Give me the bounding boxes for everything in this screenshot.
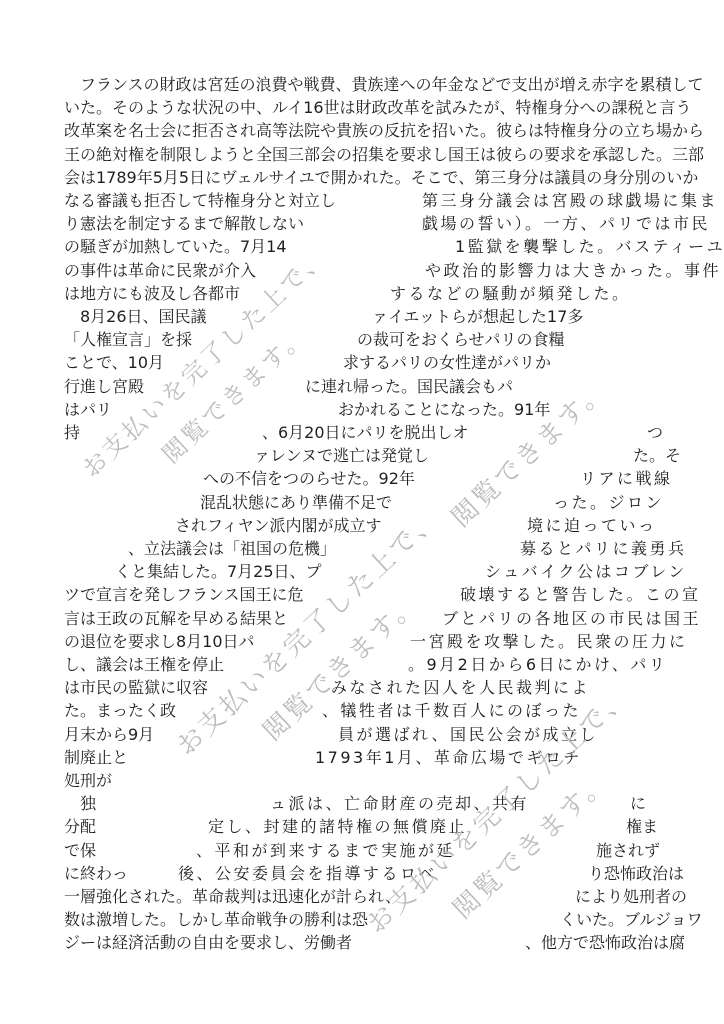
text-segment: 制廃止と — [64, 748, 128, 768]
text-segment: 戯場の誓い）。一方、パリでは市民 — [422, 214, 710, 234]
text-segment: 1監獄を襲撃した。バスティーユで — [455, 237, 724, 257]
text-segment: 施されず — [596, 841, 660, 861]
text-segment: 8月26日、国民議 — [64, 307, 207, 327]
text-segment: 定し、封建的諸特権の無償廃止 — [208, 817, 467, 837]
text-segment: ジーは経済活動の自由を要求し、労働者 — [64, 933, 352, 953]
text-segment: 独 — [64, 794, 96, 814]
text-segment: するなどの騒動が頻発した。 — [390, 284, 631, 304]
text-segment: シュバイク公はコブレン — [485, 562, 687, 582]
text-segment: 処刑が — [64, 771, 112, 791]
text-segment: みなされた囚人を人民裁判によ — [331, 678, 590, 698]
text-segment: つ — [647, 423, 663, 443]
text-segment: は市民の監獄に収容 — [64, 678, 208, 698]
text-segment: 、6月20日にパリを脱出しオ — [262, 423, 469, 443]
text-segment: の騒ぎが加熱していた。7月14 — [64, 237, 287, 257]
text-segment: 一宮殿を攻撃した。民衆の圧力に — [410, 632, 688, 652]
text-segment: くいた。ブルジョワ — [560, 910, 703, 930]
text-segment: なる審議も拒否して特権身分と対立し — [64, 191, 336, 211]
text-segment: た。そ — [633, 446, 681, 466]
text-segment: 行進し宮殿 — [64, 377, 144, 397]
text-segment: や政治的影響力は大きかった。事件 — [425, 261, 721, 281]
text-segment: は地方にも波及し各都市 — [64, 284, 240, 304]
text-segment: 月末から9月 — [64, 725, 154, 745]
text-segment: 持 — [64, 423, 80, 443]
text-segment: 、立法議会は「祖国の危機」 — [128, 539, 336, 559]
text-segment: の事件は革命に民衆が介入 — [64, 261, 256, 281]
text-segment: ツで宣言を発しフランス国王に危 — [64, 585, 304, 605]
text-segment: 1793年1月、革命広場でギロチ — [315, 748, 582, 768]
text-segment: 。9月2日から6日にかけ、パリ — [408, 655, 667, 675]
text-segment: ァレンヌで逃亡は発覚し — [254, 446, 429, 466]
text-segment: リアに戦線 — [580, 469, 673, 489]
text-segment: に連れ帰った。国民議会もパ — [305, 377, 513, 397]
text-segment: への不信をつのらせた。92年 — [203, 469, 415, 489]
text-segment: 一層強化された。革命裁判は迅速化が計られ、 — [64, 887, 401, 907]
text-segment: 権ま — [626, 817, 658, 837]
text-segment: 第三身分議会は宮殿の球戯場に集ま — [422, 191, 718, 211]
text-segment: ことで、10月 — [64, 353, 164, 373]
text-segment: の退位を要求し8月10日パ — [64, 632, 255, 652]
text-segment: 分配 — [64, 817, 96, 837]
text-segment: 言は王政の瓦解を早める結果と — [64, 609, 288, 629]
document-page: フランスの財政は宮廷の浪費や戦費、貴族達への年金などで支出が増え赤字を累積してい… — [0, 0, 724, 1024]
text-segment: おかれることになった。91年 — [338, 400, 550, 420]
text-segment: り恐怖政治は — [588, 864, 684, 884]
text-segment: により処刑者の — [575, 887, 687, 907]
text-segment: に終わっ — [64, 864, 128, 884]
text-segment: ュ派は、亡命財産の売却、共有 — [270, 794, 529, 814]
text-segment: されフィヤン派内閣が成立す — [175, 516, 382, 536]
text-segment: た。まったく政 — [64, 701, 176, 721]
text-segment: り憲法を制定するまで解散しない — [64, 214, 304, 234]
text-segment: に — [630, 794, 646, 814]
text-segment: フランスの財政は宮廷の浪費や戦費、貴族達への年金などで支出が増え赤字を累積して — [64, 75, 704, 95]
text-segment: 後、公安委員会を指導するロベ — [178, 864, 437, 884]
text-segment: 募るとパリに義勇兵 — [520, 539, 687, 559]
text-segment: はパリ — [64, 400, 112, 420]
text-segment: 会は1789年5月5日にヴェルサイユで開かれた。そこで、第三身分は議員の身分別の… — [64, 168, 698, 188]
text-segment: 員が選ばれ、国民公会が成立し — [338, 725, 598, 745]
text-segment: 境に迫っていっ — [527, 516, 657, 536]
text-segment: 求するパリの女性達がパリか — [343, 353, 551, 373]
text-segment: 、平和が到来するまで実施が延 — [196, 841, 455, 861]
text-segment: った。ジロン — [553, 493, 664, 513]
text-segment: 「人権宣言」を採 — [64, 330, 192, 350]
text-segment: で保 — [64, 841, 96, 861]
text-segment: し、議会は王権を停止 — [64, 655, 224, 675]
text-segment: 、犠牲者は千数百人にのぼった — [322, 701, 581, 721]
text-segment: 改革案を名士会に拒否され高等法院や貴族の反抗を招いた。彼らは特権身分の立ち場から — [64, 121, 704, 141]
text-segment: ァイエットらが想起した17多 — [372, 307, 583, 327]
text-segment: くと集結した。7月25日、プ — [115, 562, 322, 582]
text-segment: いた。そのような状況の中、ルイ16世は財政改革を試みたが、特権身分への課税と言う — [64, 98, 692, 118]
text-segment: 数は激増した。しかし革命戦争の勝利は恐 — [64, 910, 368, 930]
text-segment: 、他方で恐怖政治は腐 — [525, 933, 685, 953]
text-segment: の裁可をおくらせパリの食糧 — [357, 330, 565, 350]
text-segment: ブとパリの各地区の市民は国王 — [442, 609, 701, 629]
text-segment: 王の絶対権を制限しようと全国三部会の招集を要求し国王は彼らの要求を承認した。三部 — [64, 145, 704, 165]
text-segment: 破壊すると警告した。この宣 — [460, 585, 701, 605]
text-segment: 混乱状態にあり準備不足で — [200, 493, 392, 513]
